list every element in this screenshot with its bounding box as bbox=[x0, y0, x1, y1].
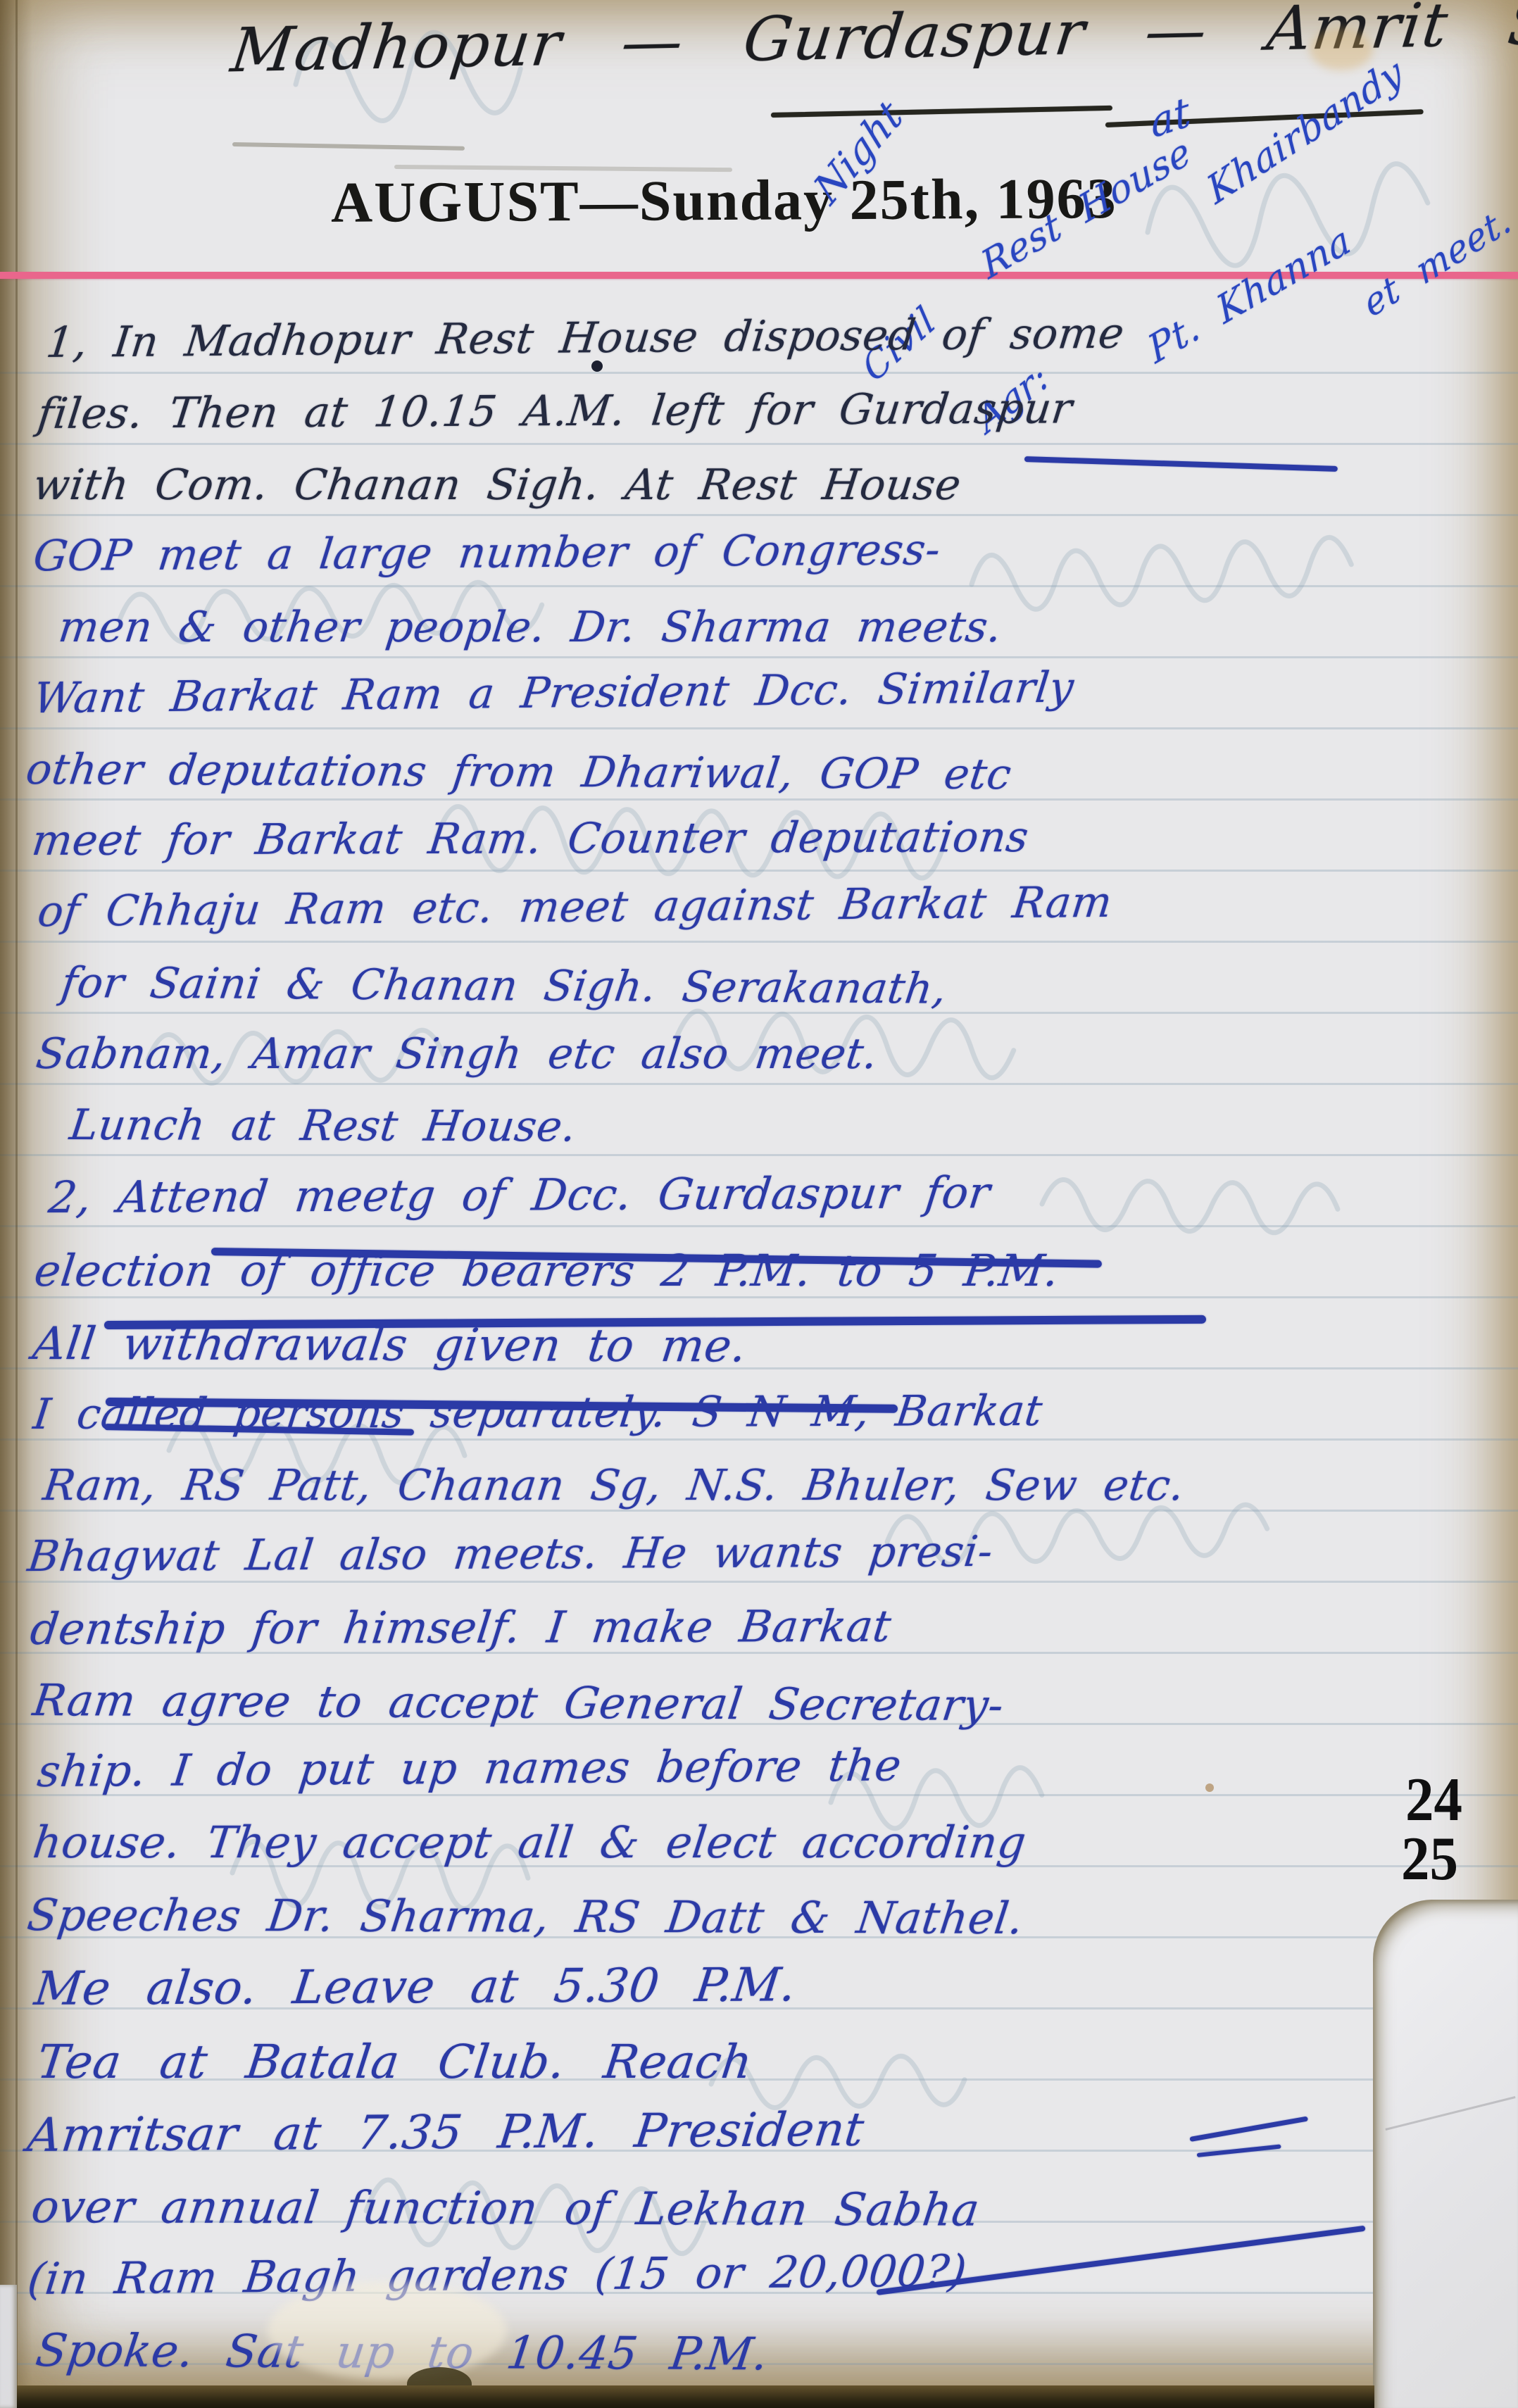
strikethrough-president bbox=[1189, 2117, 1308, 2142]
diary-line: house. They accept all & elect according bbox=[30, 1817, 1029, 1868]
diary-line: for Saini & Chanan Sigh. Serakanath, bbox=[58, 958, 950, 1014]
diary-line: over annual function of Lekhan Sabha bbox=[29, 2181, 983, 2237]
diary-line: Me also. Leave at 5.30 P.M. bbox=[32, 1957, 799, 2016]
diary-line: Ram agree to accept General Secretary- bbox=[30, 1674, 1007, 1731]
header-underline-stroke bbox=[771, 106, 1112, 118]
diary-line: GOP met a large number of Congress- bbox=[31, 525, 943, 581]
ink-blot bbox=[591, 360, 603, 372]
annotation-fragment: et meet. bbox=[1357, 199, 1517, 327]
paper-stain bbox=[268, 2281, 507, 2380]
diary-line: Ram, RS Patt, Chanan Sg, N.S. Bhuler, Se… bbox=[40, 1461, 1187, 1510]
diary-line: Sabnam, Amar Singh etc also meet. bbox=[33, 1029, 880, 1079]
diary-line: Bhagwat Lal also meets. He wants presi- bbox=[25, 1527, 996, 1581]
diary-line: Want Barkat Ram a President Dcc. Similar… bbox=[31, 663, 1077, 724]
strikethrough-president bbox=[1197, 2144, 1281, 2157]
underlying-page-sliver bbox=[0, 2285, 17, 2408]
diary-line: dentship for himself. I make Barkat bbox=[27, 1600, 894, 1655]
diary-line: 1, In Madhopur Rest House disposed of so… bbox=[44, 309, 1127, 368]
diary-line: Tea at Batala Club. Reach bbox=[34, 2035, 755, 2089]
paper-stain bbox=[1310, 28, 1373, 70]
diary-line: Speeches Dr. Sharma, RS Datt & Nathel. bbox=[25, 1889, 1027, 1944]
diary-line: Lunch at Rest House. bbox=[67, 1100, 579, 1151]
annotation-fragment: Khairbandy bbox=[1200, 49, 1410, 213]
underlying-white-page bbox=[1373, 1900, 1518, 2408]
page-number-bottom: 25 bbox=[1401, 1824, 1458, 1895]
pencil-underline-stroke bbox=[232, 142, 465, 151]
annotation-fragment: Pt. Khanna bbox=[1142, 217, 1357, 372]
diary-line: with Com. Chanan Sigh. At Rest House bbox=[30, 460, 963, 510]
diary-line: men & other people. Dr. Sharma meets. bbox=[56, 603, 1004, 652]
printed-date: AUGUST—Sunday 25th, 1963 bbox=[331, 165, 1117, 236]
diary-line: ship. I do put up names before the bbox=[35, 1739, 905, 1797]
underline-stroke-gurdaspur bbox=[1024, 456, 1338, 472]
diary-line: other deputations from Dhariwal, GOP etc bbox=[23, 745, 1014, 799]
paper-fleck bbox=[1205, 1783, 1214, 1792]
diary-line: files. Then at 10.15 A.M. left for Gurda… bbox=[35, 384, 1075, 439]
diary-line: meet for Barkat Ram. Counter deputations bbox=[30, 813, 1031, 865]
binding-crease bbox=[15, 0, 18, 2387]
diary-line: (in Ram Bagh gardens (15 or 20,000?) bbox=[25, 2245, 970, 2304]
diary-line: Amritsar at 7.35 P.M. President bbox=[25, 2102, 867, 2162]
diary-photo: Madhopur — Gurdaspur — Amrit Sar. AUGUST… bbox=[0, 0, 1518, 2408]
diary-line: of Chhaju Ram etc. meet against Barkat R… bbox=[35, 878, 1115, 936]
diary-page: Madhopur — Gurdaspur — Amrit Sar. AUGUST… bbox=[0, 0, 1518, 2387]
page-bottom-shadow bbox=[10, 2385, 1374, 2408]
diary-line: 2, Attend meetg of Dcc. Gurdaspur for bbox=[46, 1167, 993, 1223]
